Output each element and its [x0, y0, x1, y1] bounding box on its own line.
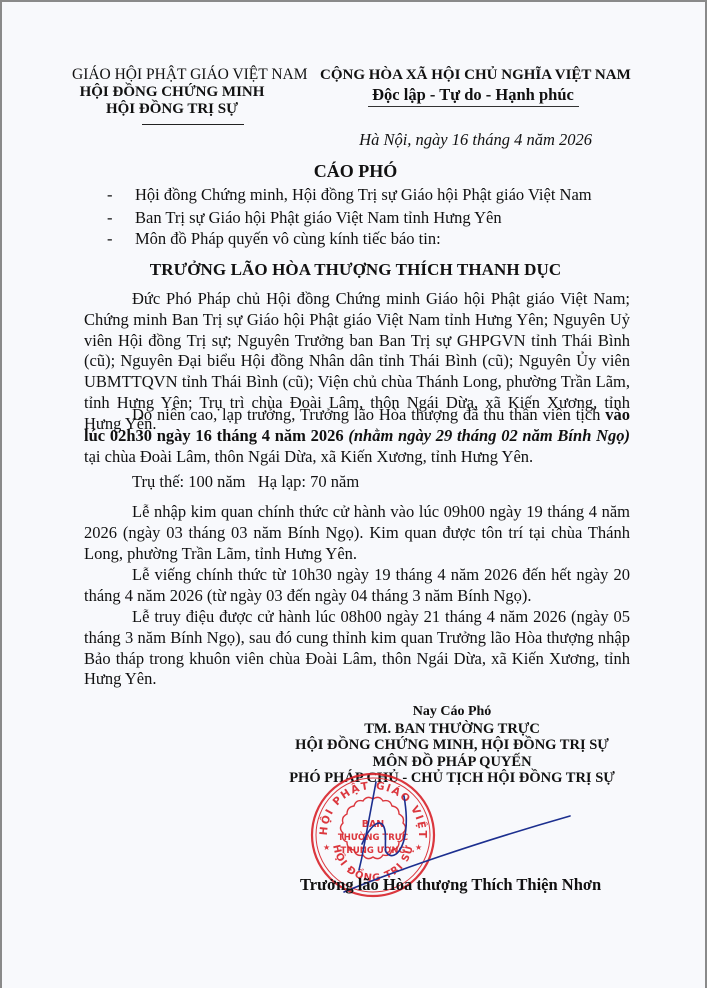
- deceased-title: TRƯỞNG LÃO HÒA THƯỢNG THÍCH THANH DỤC: [2, 260, 707, 280]
- date-text: Hà Nội, ngày 16 tháng 4 năm 2026: [359, 130, 592, 150]
- death-lunar-date: (nhằm ngày 29 tháng 02 năm Bính Ngọ): [348, 426, 630, 445]
- recipient-item: -Hội đồng Chứng minh, Hội đồng Trị sự Gi…: [107, 185, 592, 205]
- memorial-paragraph: Lễ truy điệu được cử hành lúc 08h00 ngày…: [84, 607, 630, 690]
- signature-council: HỘI ĐỒNG CHỨNG MINH, HỘI ĐỒNG TRỊ SỰ: [272, 737, 632, 754]
- death-intro: Do niên cao, lạp trưởng, Trưởng lão Hòa …: [132, 405, 605, 424]
- signature-on-behalf: TM. BAN THƯỜNG TRỰC: [272, 721, 632, 738]
- issuer-org: GIÁO HỘI PHẬT GIÁO VIỆT NAM: [72, 66, 272, 84]
- death-announcement-paragraph: Do niên cao, lạp trưởng, Trưởng lão Hòa …: [84, 405, 630, 467]
- visitation-paragraph: Lễ viếng chính thức từ 10h30 ngày 19 thá…: [84, 565, 630, 607]
- encoffining-paragraph: Lễ nhập kim quan chính thức cử hành vào …: [84, 502, 630, 564]
- motto-underline: [368, 106, 579, 107]
- document-title: CÁO PHÓ: [2, 161, 707, 182]
- recipient-item: -Ban Trị sự Giáo hội Phật giáo Việt Nam …: [107, 208, 502, 228]
- recipient-text: Hội đồng Chứng minh, Hội đồng Trị sự Giá…: [135, 185, 592, 204]
- signer-name: Trưởng lão Hòa thượng Thích Thiện Nhơn: [300, 875, 601, 895]
- issuer-council-1: HỘI ĐỒNG CHỨNG MINH: [72, 84, 272, 102]
- signature-disciples: MÔN ĐỒ PHÁP QUYẾN: [272, 754, 632, 771]
- national-name: CỘNG HÒA XÃ HỘI CHỦ NGHĨA VIỆT NAM: [320, 66, 626, 85]
- issuer-underline: [142, 124, 244, 125]
- issuer-council-2: HỘI ĐỒNG TRỊ SỰ: [72, 101, 272, 119]
- age-line: Trụ thế: 100 năm Hạ lạp: 70 năm: [84, 472, 630, 493]
- death-place: tại chùa Đoài Lâm, thôn Ngái Dừa, xã Kiế…: [84, 447, 533, 466]
- signature-intro: Nay Cáo Phó: [272, 704, 632, 721]
- bullet-dash: -: [107, 229, 135, 249]
- document-date: Hà Nội, ngày 16 tháng 4 năm 2026: [320, 130, 626, 150]
- recipient-text: Môn đồ Pháp quyến vô cùng kính tiếc báo …: [135, 229, 441, 248]
- svg-text:★: ★: [323, 843, 330, 852]
- national-header: CỘNG HÒA XÃ HỘI CHỦ NGHĨA VIỆT NAM Độc l…: [320, 66, 626, 104]
- document-page: GIÁO HỘI PHẬT GIÁO VIỆT NAM HỘI ĐỒNG CHỨ…: [0, 0, 707, 988]
- bullet-dash: -: [107, 185, 135, 205]
- national-motto: Độc lập - Tự do - Hạnh phúc: [320, 85, 626, 104]
- recipient-item: -Môn đồ Pháp quyến vô cùng kính tiếc báo…: [107, 229, 441, 249]
- issuer-header: GIÁO HỘI PHẬT GIÁO VIỆT NAM HỘI ĐỒNG CHỨ…: [72, 66, 272, 119]
- bullet-dash: -: [107, 208, 135, 228]
- recipient-text: Ban Trị sự Giáo hội Phật giáo Việt Nam t…: [135, 208, 502, 227]
